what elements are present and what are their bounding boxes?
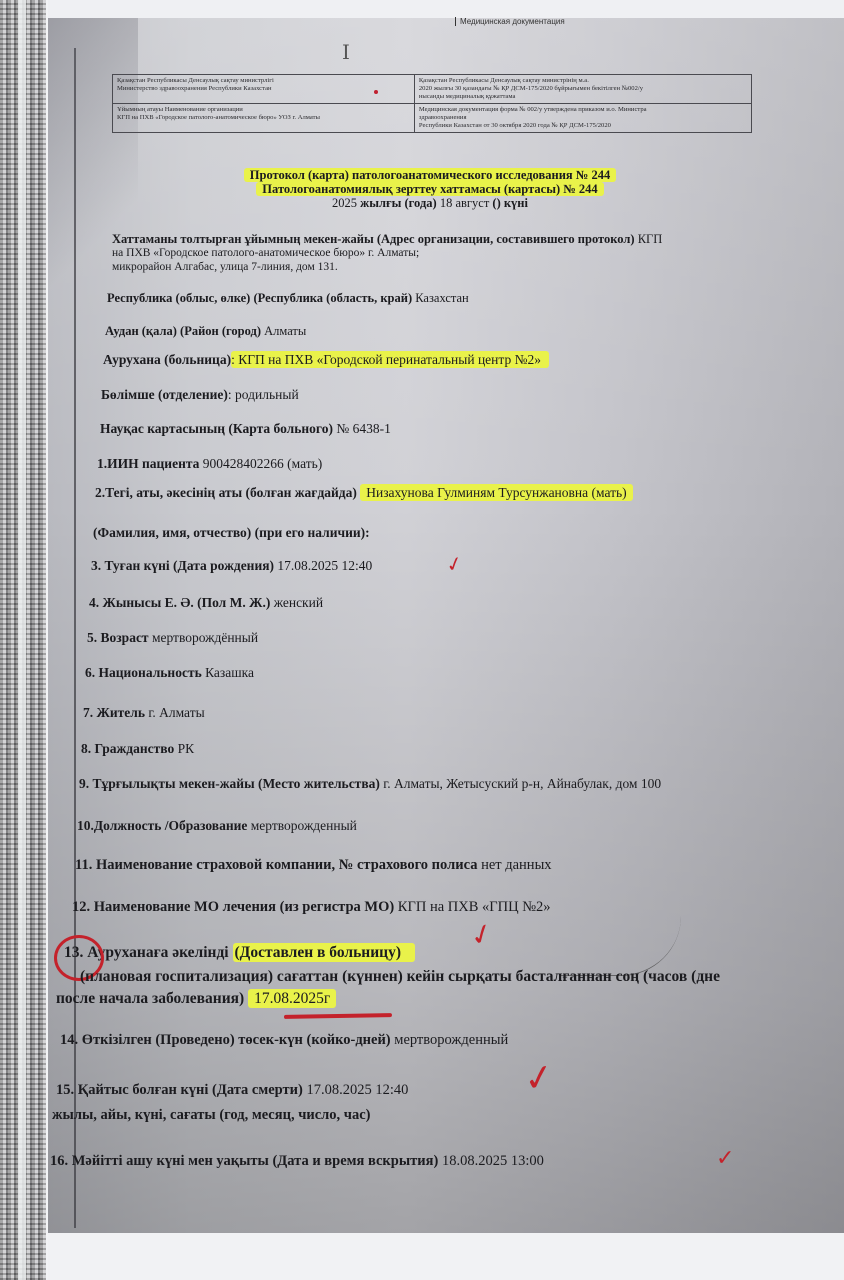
field-value: мертворождённый — [152, 630, 258, 645]
header-text: КГП на ПХВ «Городское патолого-анатомиче… — [117, 114, 410, 122]
field-label: 9. Тұрғылықты мекен-жайы (Место жительст… — [79, 776, 380, 791]
field-value: женский — [274, 595, 323, 610]
field-value: Казахстан — [415, 291, 469, 305]
field-12-medical-org: 12. Наименование МО лечения (из регистра… — [72, 899, 551, 916]
field-value: на ПХВ «Городское патолого-анатомическое… — [112, 246, 662, 260]
header-text: Республики Казахстан от 30 октября 2020 … — [419, 122, 747, 130]
field-14-bed-days: 14. Өткізілген (Проведено) төсек-күн (ко… — [60, 1032, 508, 1049]
field-patient-card: Науқас картасының (Карта больного) № 643… — [100, 421, 391, 437]
field-label: (плановая госпитализация) сағаттан (күнн… — [80, 968, 720, 985]
field-3-birth-date: 3. Туған күні (Дата рождения) 17.08.2025… — [91, 558, 372, 574]
field-value: 900428402266 (мать) — [203, 456, 323, 471]
field-label: 11. Наименование страховой компании, № с… — [75, 857, 477, 873]
field-republic: Республика (облыс, өлке) (Республика (об… — [107, 291, 469, 306]
header-organization-cell: Ұйымның атауы Наименование организации К… — [113, 104, 415, 133]
field-value-highlighted: : КГП на ПХВ «Городской перинатальный це… — [231, 351, 549, 368]
field-13-line2: (плановая госпитализация) сағаттан (күнн… — [80, 968, 720, 986]
field-label: Науқас картасының (Карта больного) — [100, 421, 333, 436]
field-value: РК — [178, 741, 195, 756]
document-title: Протокол (карта) патологоанатомического … — [195, 168, 665, 210]
field-label: (Фамилия, имя, отчество) (при его наличи… — [93, 525, 370, 540]
binder-strip — [0, 0, 46, 1280]
field-label: 5. Возраст — [87, 630, 149, 645]
date-day-month: 18 август — [440, 196, 489, 210]
field-5-age: 5. Возраст мертворождённый — [87, 630, 258, 646]
field-label: Аудан (қала) (Район (город) — [105, 324, 261, 338]
field-value: нет данных — [481, 857, 551, 873]
header-text: Министерство здравоохранения Республики … — [117, 85, 410, 93]
header-ministry-cell: Қазақстан Республикасы Денсаулық сақтау … — [113, 75, 415, 104]
header-text: здравоохранения — [419, 114, 747, 122]
header-text: нысанды медициналық құжаттама — [419, 93, 747, 101]
background-surface — [48, 1233, 844, 1280]
header-text: Ұйымның атауы Наименование организации — [117, 106, 410, 114]
field-value: г. Алматы — [148, 705, 204, 720]
field-value: 17.08.2025 12:40 — [277, 558, 372, 573]
field-10-position: 10.Должность /Образование мертворожденны… — [77, 818, 357, 834]
field-label: после начала заболевания) — [56, 990, 244, 1007]
field-label: 16. Мәйітті ашу күні мен уақыты (Дата и … — [50, 1153, 438, 1169]
field-value: мертворожденный — [394, 1032, 508, 1048]
date-label: жылғы (года) — [360, 196, 437, 210]
field-value-highlighted: Низахунова Гулминям Турсунжановна (мать) — [360, 484, 632, 501]
red-check-icon: ✓ — [716, 1146, 734, 1171]
margin-line — [74, 48, 76, 1228]
field-value: г. Алматы, Жетысуский р-н, Айнабулак, до… — [383, 776, 661, 791]
field-value: мертворожденный — [251, 818, 357, 833]
field-label: 8. Гражданство — [81, 741, 174, 756]
header-form-cell: Медицинская документация форма № 002/у у… — [414, 104, 751, 133]
field-label: жылы, айы, күні, сағаты (год, месяц, чис… — [52, 1107, 370, 1123]
field-value: 18.08.2025 13:00 — [442, 1153, 544, 1169]
field-value: Алматы — [264, 324, 306, 338]
field-label: 3. Туған күні (Дата рождения) — [91, 558, 274, 573]
field-label: 10.Должность /Образование — [77, 818, 247, 833]
field-label-highlighted: (Доставлен в больницу) — [233, 943, 416, 962]
field-4-sex: 4. Жынысы Е. Ә. (Пол М. Ж.) женский — [89, 595, 323, 611]
title-line-kz: Патологоанатомиялық зерттеу хаттамасы (к… — [256, 182, 603, 196]
header-text: 2020 жылғы 30 қазандағы № ҚР ДСМ-175/202… — [419, 85, 747, 93]
background-strip — [48, 0, 844, 18]
field-department: Бөлімше (отделение): родильный — [101, 387, 299, 403]
field-hospital: Аурухана (больница): КГП на ПХВ «Городск… — [103, 352, 549, 368]
handwritten-mark: I — [342, 40, 350, 64]
org-address: Хаттаманы толтырған ұйымның мекен-жайы (… — [112, 232, 662, 274]
field-value: микрорайон Алгабас, улица 7-линия, дом 1… — [112, 260, 662, 274]
field-8-citizenship: 8. Гражданство РК — [81, 741, 194, 757]
field-15-sub: жылы, айы, күні, сағаты (год, месяц, чис… — [52, 1107, 370, 1124]
field-label: Хаттаманы толтырған ұйымның мекен-жайы (… — [112, 232, 635, 246]
header-order-cell: Қазақстан Республикасы Денсаулық сақтау … — [414, 75, 751, 104]
field-value: : родильный — [228, 387, 299, 402]
field-label: 1.ИИН пациента — [97, 456, 199, 471]
red-ink-dot — [374, 90, 378, 94]
title-line-ru: Протокол (карта) патологоанатомического … — [244, 168, 616, 182]
field-label: 2.Тегі, аты, әкесінің аты (болған жағдай… — [95, 485, 357, 500]
field-13-line3: после начала заболевания) 17.08.2025г — [56, 990, 336, 1008]
title-date: 2025 жылғы (года) 18 август () күні — [195, 196, 665, 210]
field-9-residence: 9. Тұрғылықты мекен-жайы (Место жительст… — [79, 776, 661, 792]
form-header-table: Қазақстан Республикасы Денсаулық сақтау … — [112, 74, 752, 133]
field-2-name: 2.Тегі, аты, әкесінің аты (болған жағдай… — [95, 485, 633, 501]
field-district: Аудан (қала) (Район (город) Алматы — [105, 324, 306, 339]
date-year: 2025 — [332, 196, 357, 210]
field-16-autopsy-date: 16. Мәйітті ашу күні мен уақыты (Дата и … — [50, 1153, 544, 1170]
field-label: Бөлімше (отделение) — [101, 387, 228, 402]
field-13-admitted: 13. Ауруханаға әкелінді (Доставлен в бол… — [64, 944, 415, 962]
field-label: 7. Житель — [83, 705, 145, 720]
field-1-iin: 1.ИИН пациента 900428402266 (мать) — [97, 456, 322, 472]
field-15-death-date: 15. Қайтыс болған күні (Дата смерти) 17.… — [56, 1082, 408, 1099]
header-text: Қазақстан Республикасы Денсаулық сақтау … — [419, 77, 747, 85]
header-text: Қазақстан Республикасы Денсаулық сақтау … — [117, 77, 410, 85]
field-2-name-label-ru: (Фамилия, имя, отчество) (при его наличи… — [93, 525, 370, 541]
field-value: КГП — [638, 232, 663, 246]
field-11-insurance: 11. Наименование страховой компании, № с… — [75, 857, 552, 874]
field-value-highlighted: 17.08.2025г — [248, 989, 336, 1008]
field-6-nationality: 6. Национальность Казашка — [85, 665, 254, 681]
field-value: № 6438-1 — [336, 421, 391, 436]
field-value: Казашка — [205, 665, 254, 680]
field-label: 12. Наименование МО лечения (из регистра… — [72, 899, 394, 915]
field-label: 6. Национальность — [85, 665, 202, 680]
field-7-resident: 7. Житель г. Алматы — [83, 705, 205, 721]
field-label: 15. Қайтыс болған күні (Дата смерти) — [56, 1082, 303, 1098]
field-label: Аурухана (больница) — [103, 352, 231, 367]
field-label: Республика (облыс, өлке) (Республика (об… — [107, 291, 412, 305]
header-text: Медицинская документация форма № 002/у у… — [419, 106, 747, 114]
previous-page-label: Медицинская документация — [455, 17, 565, 26]
field-label: 14. Өткізілген (Проведено) төсек-күн (ко… — [60, 1032, 391, 1048]
field-value: КГП на ПХВ «ГПЦ №2» — [398, 899, 551, 915]
date-label: () күні — [492, 196, 528, 210]
field-value: 17.08.2025 12:40 — [306, 1082, 408, 1098]
field-label: 4. Жынысы Е. Ә. (Пол М. Ж.) — [89, 595, 270, 610]
